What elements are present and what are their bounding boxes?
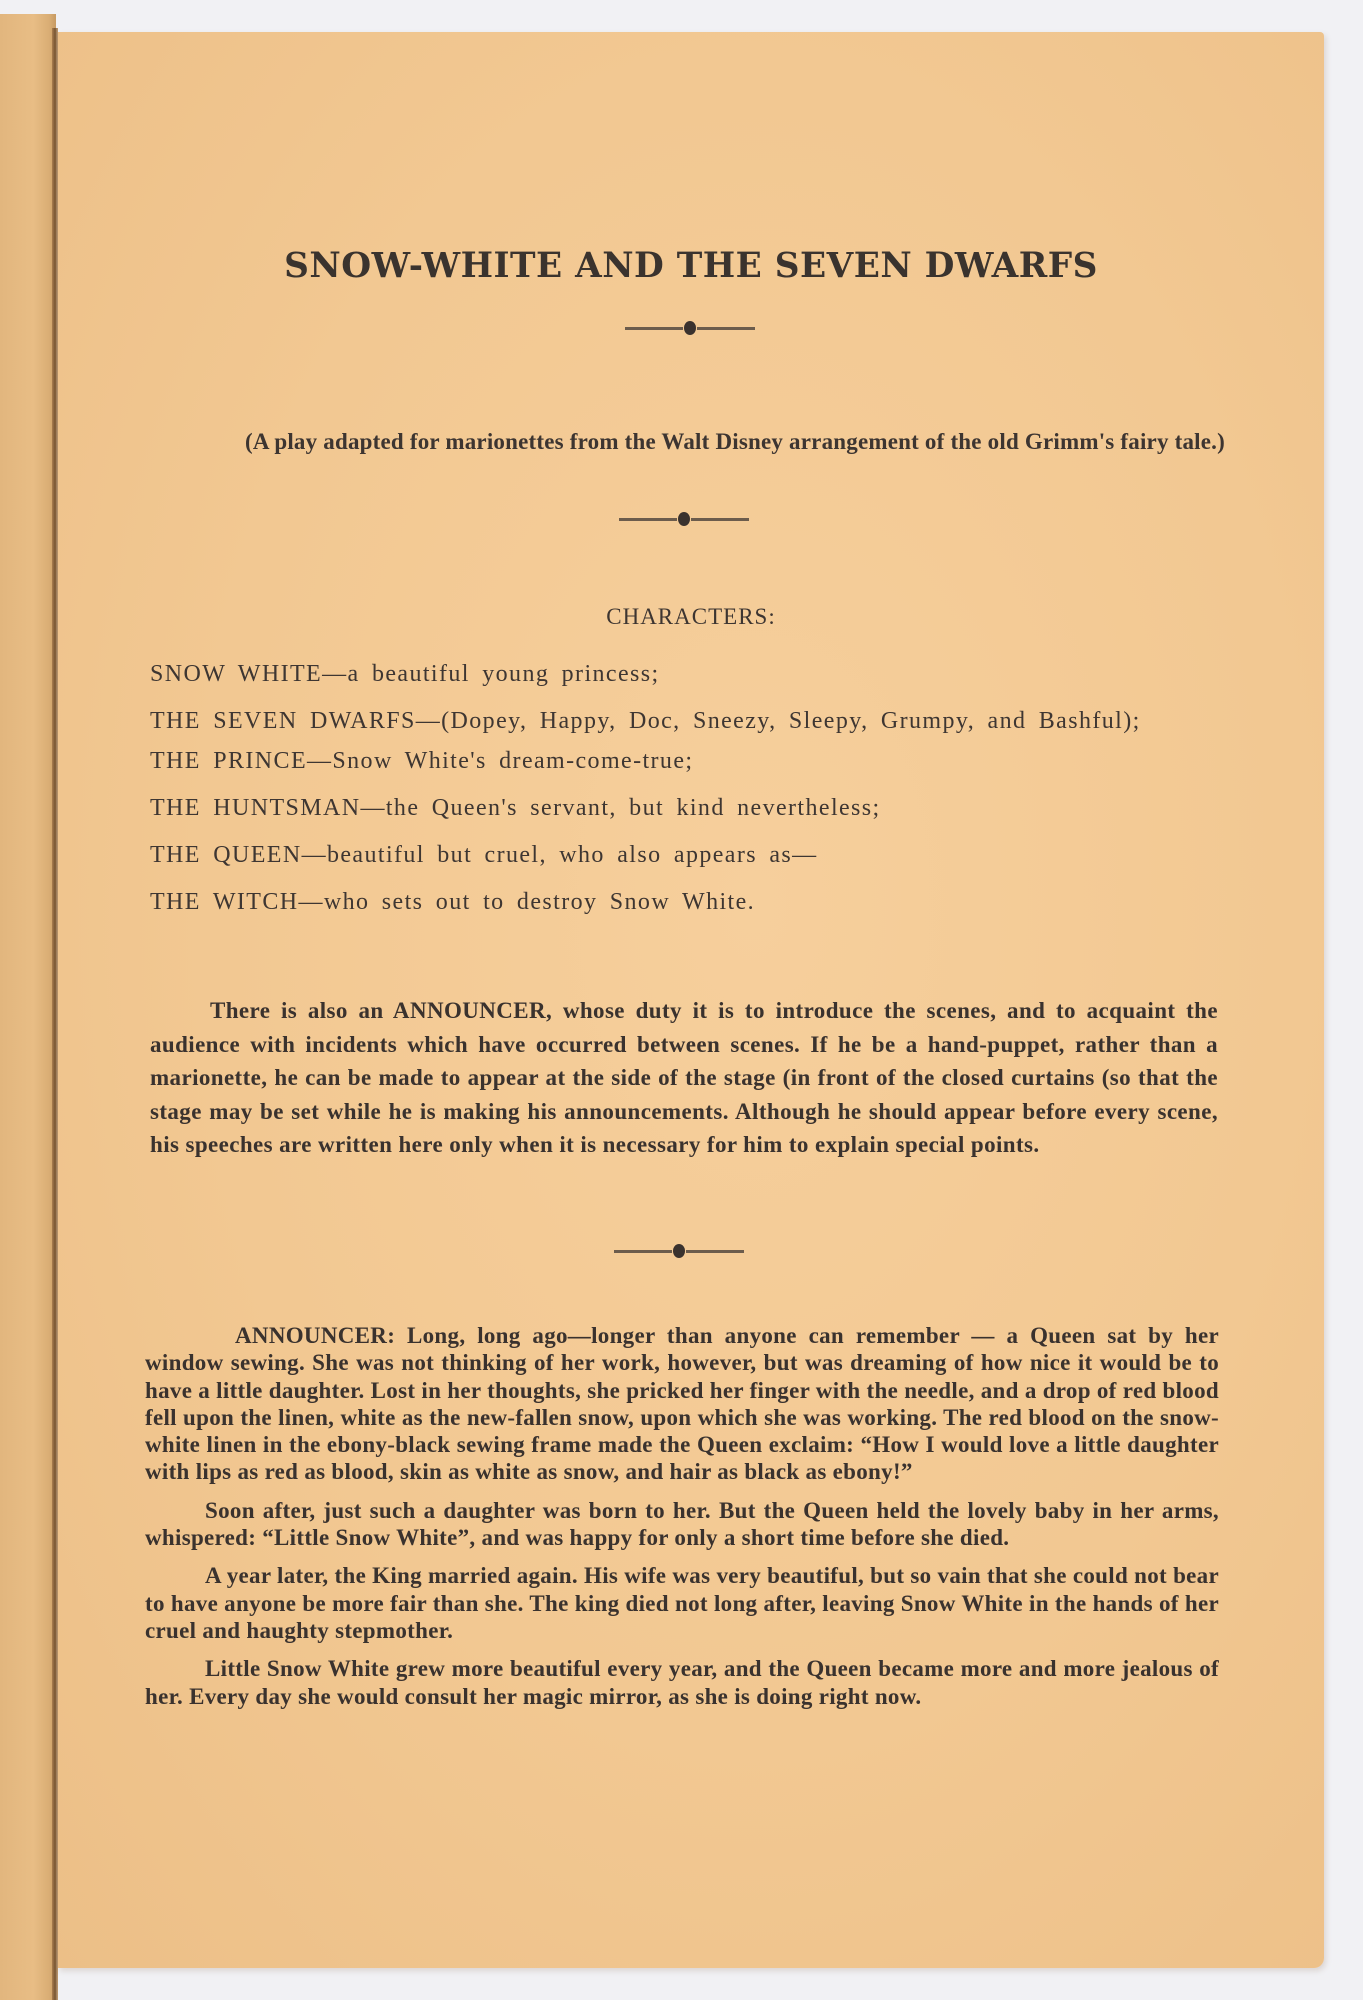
book-page: SNOW-WHITE AND THE SEVEN DWARFS (A play … <box>58 32 1324 1968</box>
page-title: SNOW-WHITE AND THE SEVEN DWARFS <box>71 245 1312 286</box>
ornament-divider-2 <box>614 511 754 527</box>
ornament-dot-icon <box>684 321 696 335</box>
ornament-rule-icon <box>614 1250 672 1253</box>
story-paragraph: A year later, the King married again. Hi… <box>145 1562 1219 1644</box>
characters-list: SNOW WHITE—a beautiful young princess; T… <box>150 658 1230 933</box>
character-item: THE SEVEN DWARFS—(Dopey, Happy, Doc, Sne… <box>150 705 1230 737</box>
ornament-rule-icon <box>691 518 749 521</box>
left-facing-page <box>0 14 56 2000</box>
character-item: THE HUNTSMAN—the Queen's servant, but ki… <box>150 792 1230 824</box>
ornament-dot-icon <box>673 1244 685 1258</box>
ornament-divider-3 <box>609 1243 749 1259</box>
character-item: THE PRINCE—Snow White's dream-come-true; <box>150 745 1230 777</box>
story-text: ANNOUNCER: Long, long ago—longer than an… <box>145 1322 1219 1721</box>
story-paragraph: Soon after, just such a daughter was bor… <box>145 1497 1219 1552</box>
character-item: THE QUEEN—beautiful but cruel, who also … <box>150 839 1230 871</box>
ornament-rule-icon <box>697 327 755 330</box>
story-paragraph: Little Snow White grew more beautiful ev… <box>145 1655 1219 1710</box>
character-item: THE WITCH—who sets out to destroy Snow W… <box>150 886 1230 918</box>
ornament-rule-icon <box>619 518 677 521</box>
ornament-rule-icon <box>686 1250 744 1253</box>
subtitle-note: (A play adapted for marionettes from the… <box>150 424 1235 460</box>
characters-heading: CHARACTERS: <box>58 604 1324 630</box>
story-paragraph: ANNOUNCER: Long, long ago—longer than an… <box>145 1322 1219 1486</box>
ornament-divider-1 <box>620 320 760 336</box>
ornament-rule-icon <box>625 327 683 330</box>
character-item: SNOW WHITE—a beautiful young princess; <box>150 658 1230 690</box>
ornament-dot-icon <box>678 512 690 526</box>
announcer-intro-paragraph: There is also an ANNOUNCER, whose duty i… <box>150 994 1218 1162</box>
